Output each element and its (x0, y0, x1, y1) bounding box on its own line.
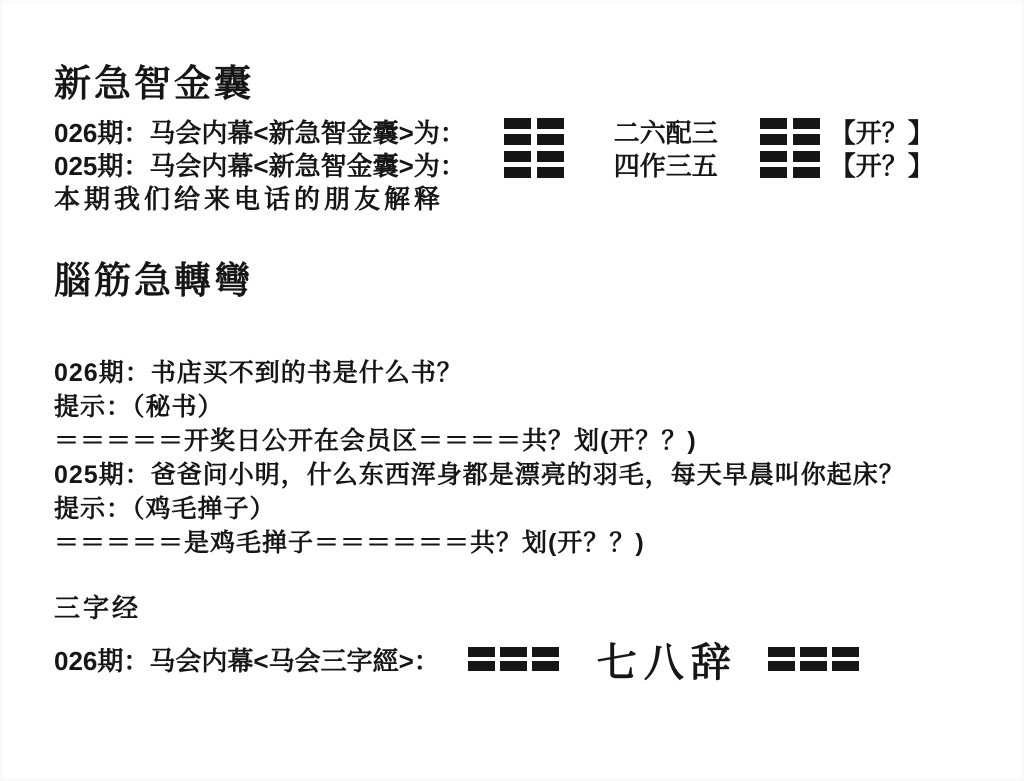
hexagram-bars-icon (768, 647, 859, 671)
sanzijing-section-label: 三字经 (54, 593, 1024, 623)
riddle-question-026: 026期：书店买不到的书是什么书？ (54, 356, 1024, 390)
tip-row-025: 025期：马会内幕<新急智金囊>为： 四作三五 【开？】 (54, 148, 1024, 181)
hexagram-bars-icon (504, 118, 564, 145)
hexagram-bars-icon (468, 647, 559, 671)
section-title-jinnang: 新急智金囊 (54, 64, 1024, 104)
code-phrase: 四作三五 (614, 146, 718, 183)
hexagram-bars-icon (760, 151, 820, 178)
code-phrase-large: 七八辞 (597, 631, 738, 688)
section-title-naojin: 腦筋急轉彎 (54, 261, 1024, 301)
riddle-answer-025: ＝＝＝＝＝是鸡毛掸子＝＝＝＝＝＝共？划(开？？) (54, 526, 1024, 560)
period-label: 026期：马会内幕<马会三字經>： (54, 641, 440, 678)
riddle-hint-026: 提示：（秘书） (54, 390, 1024, 424)
sanzijing-row: 026期：马会内幕<马会三字經>： 七八辞 (54, 636, 1024, 682)
hexagram-bars-icon (760, 118, 820, 145)
riddle-answer-026: ＝＝＝＝＝开奖日公开在会员区＝＝＝＝共？划(开？？) (54, 424, 1024, 458)
tip-row-026: 026期：马会内幕<新急智金囊>为： 二六配三 【开？】 (54, 115, 1024, 148)
period-label: 026期：马会内幕<新急智金囊>为： (54, 113, 466, 150)
hexagram-bars-icon (504, 151, 564, 178)
code-phrase: 二六配三 (614, 113, 718, 150)
riddle-question-025: 025期：爸爸问小明，什么东西浑身都是漂亮的羽毛，每天早晨叫你起床？ (54, 458, 1024, 492)
result-bracket: 【开？】 (830, 113, 934, 150)
result-bracket: 【开？】 (830, 146, 934, 183)
riddle-block: 026期：书店买不到的书是什么书？ 提示：（秘书） ＝＝＝＝＝开奖日公开在会员区… (54, 356, 1024, 560)
scanned-tip-sheet: 新急智金囊 026期：马会内幕<新急智金囊>为： 二六配三 【开？】 025期：… (0, 0, 1024, 781)
riddle-hint-025: 提示：（鸡毛掸子） (54, 492, 1024, 526)
period-label: 025期：马会内幕<新急智金囊>为： (54, 146, 466, 183)
note-line: 本期我们给来电话的朋友解释 (54, 183, 1024, 215)
